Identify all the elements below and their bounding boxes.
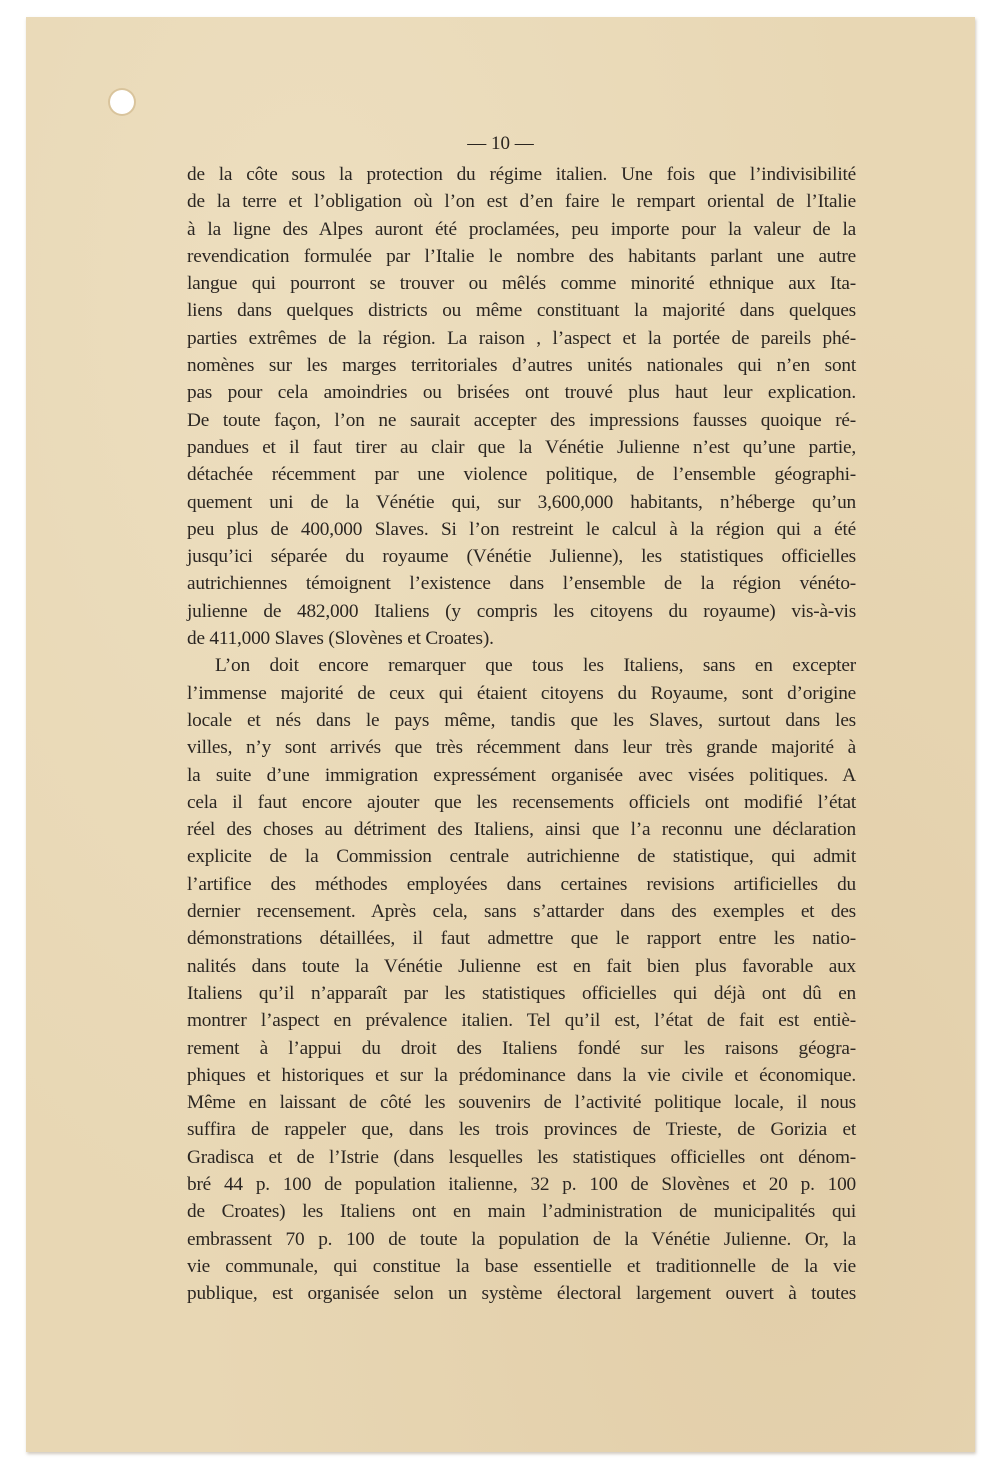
text-line: langue qui pourront se trouver ou mêlés … [187,270,856,297]
text-line: de la terre et l’obligation où l’on est … [187,188,856,215]
paragraph-1: de la côte sous la protection du régime … [187,161,856,652]
text-line: la suite d’une immigration expressément … [187,762,856,789]
text-line: Italiens qu’il n’apparaît par les statis… [187,980,856,1007]
text-line: villes, n’y sont arrivés que très récemm… [187,734,856,761]
text-line: dernier recensement. Après cela, sans s’… [187,898,856,925]
scanned-page: — 10 — de la côte sous la protection du … [26,17,975,1452]
text-line: à la ligne des Alpes auront été proclamé… [187,216,856,243]
text-line: de la côte sous la protection du régime … [187,161,856,188]
text-line: liens dans quelques districts ou même co… [187,297,856,324]
text-line: Gradisca et de l’Istrie (dans lesquelles… [187,1144,856,1171]
text-line: jusqu’ici séparée du royaume (Vénétie Ju… [187,543,856,570]
text-line: locale et nés dans le pays même, tandis … [187,707,856,734]
text-line: nalités dans toute la Vénétie Julienne e… [187,953,856,980]
text-line: pandues et il faut tirer au clair que la… [187,434,856,461]
punch-hole [110,90,134,114]
text-line: L’on doit encore remarquer que tous les … [187,652,856,679]
body-text: de la côte sous la protection du régime … [187,161,856,1307]
text-line: revendication formulée par l’Italie le n… [187,243,856,270]
text-line: de 411,000 Slaves (Slovènes et Croates). [187,625,856,652]
paragraph-2: L’on doit encore remarquer que tous les … [187,652,856,1307]
text-line: embrassent 70 p. 100 de toute la populat… [187,1226,856,1253]
text-line: quement uni de la Vénétie qui, sur 3,600… [187,489,856,516]
page-number: — 10 — [26,133,975,155]
text-line: peu plus de 400,000 Slaves. Si l’on rest… [187,516,856,543]
text-line: publique, est organisée selon un système… [187,1280,856,1307]
text-line: réel des choses au détriment des Italien… [187,816,856,843]
text-line: julienne de 482,000 Italiens (y compris … [187,598,856,625]
text-line: nomènes sur les marges territoriales d’a… [187,352,856,379]
text-line: de Croates) les Italiens ont en main l’a… [187,1198,856,1225]
text-line: démonstrations détaillées, il faut admet… [187,925,856,952]
text-line: phiques et historiques et sur la prédomi… [187,1062,856,1089]
text-line: pas pour cela amoindries ou brisées ont … [187,379,856,406]
text-line: montrer l’aspect en prévalence italien. … [187,1007,856,1034]
text-line: vie communale, qui constitue la base ess… [187,1253,856,1280]
text-line: rement à l’appui du droit des Italiens f… [187,1035,856,1062]
text-line: bré 44 p. 100 de population italienne, 3… [187,1171,856,1198]
text-line: cela il faut encore ajouter que les rece… [187,789,856,816]
text-line: De toute façon, l’on ne saurait accepter… [187,407,856,434]
text-line: suffira de rappeler que, dans les trois … [187,1116,856,1143]
text-line: autrichiennes témoignent l’existence dan… [187,570,856,597]
text-line: l’artifice des méthodes employées dans c… [187,871,856,898]
text-line: parties extrêmes de la région. La raison… [187,325,856,352]
text-line: Même en laissant de côté les souvenirs d… [187,1089,856,1116]
text-line: explicite de la Commission centrale autr… [187,843,856,870]
text-line: détachée récemment par une violence poli… [187,461,856,488]
text-line: l’immense majorité de ceux qui étaient c… [187,680,856,707]
